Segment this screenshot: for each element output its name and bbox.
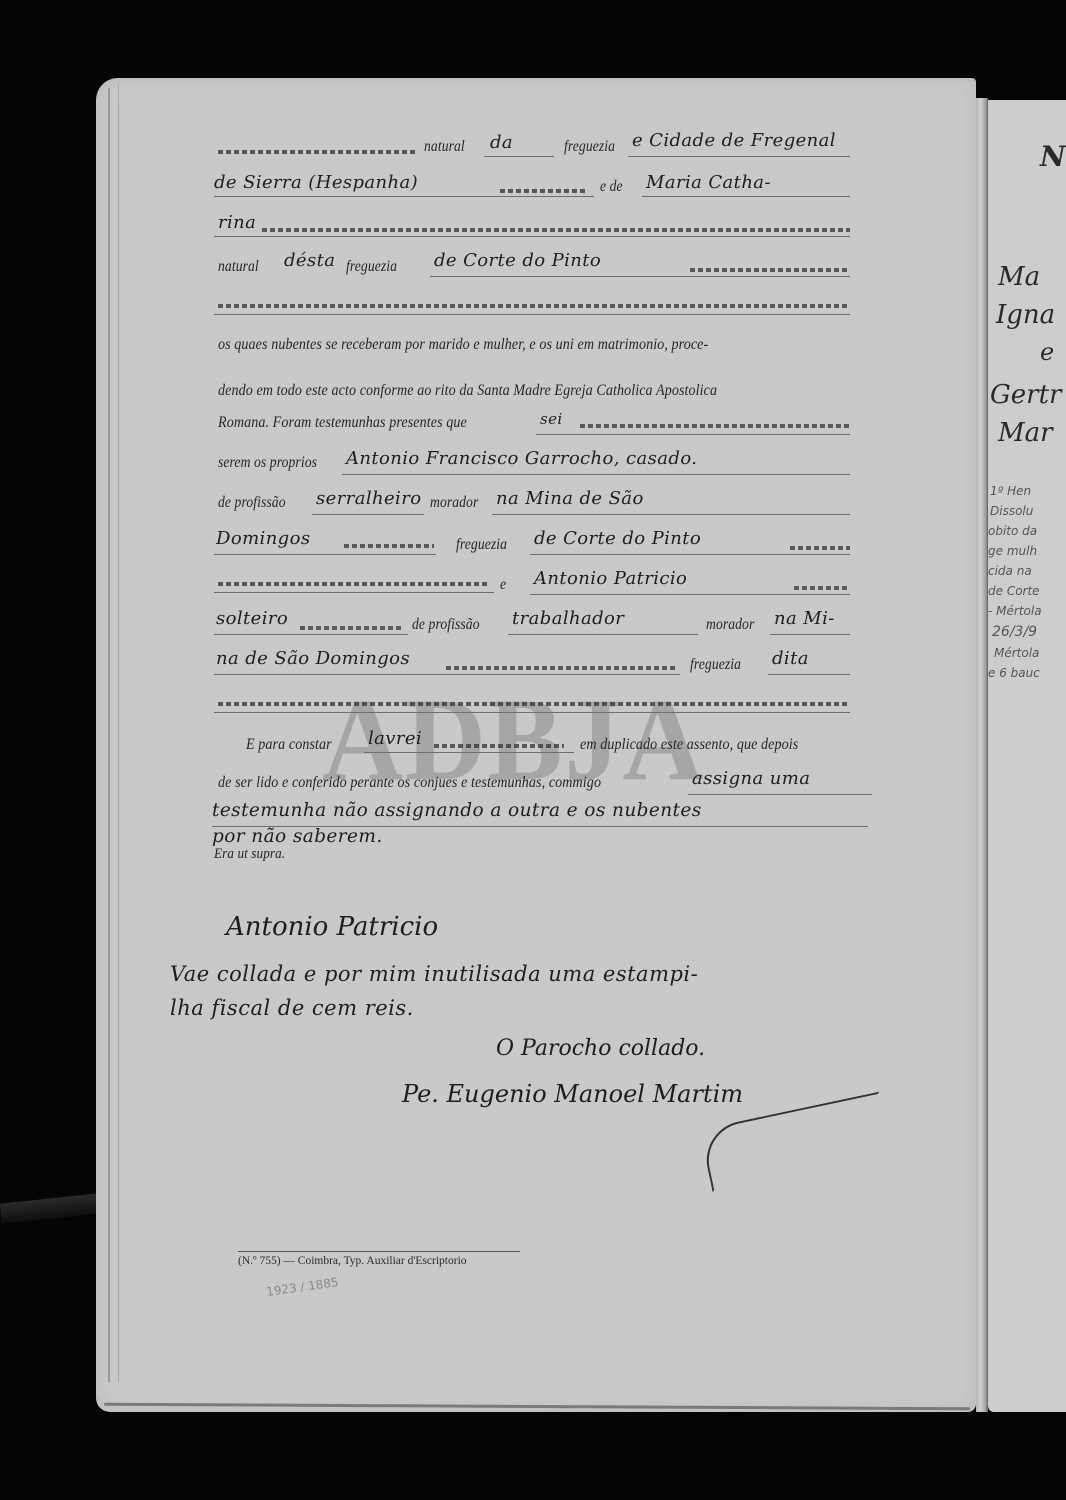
handwritten-field: testemunha não assignando a outra e os n… — [212, 800, 702, 821]
handwritten-field: por não saberem. — [212, 826, 383, 847]
right-page-name: Ma — [998, 262, 1040, 292]
margin-note: - Mértola — [988, 604, 1042, 618]
priest-signature: Pe. Eugenio Manoel Martim — [402, 1080, 743, 1108]
handwritten-field: rina — [218, 212, 256, 233]
handwritten-field: de Corte do Pinto — [534, 528, 701, 549]
right-page-name: Igna — [996, 300, 1055, 330]
handwritten-field: e Cidade de Fregenal — [632, 130, 836, 151]
printed-label: em duplicado este assento, que depois — [580, 736, 798, 754]
fill-line — [690, 268, 850, 272]
right-page-name: e — [1040, 338, 1054, 366]
rule — [214, 712, 850, 713]
margin-note: 1º Hen — [990, 484, 1031, 498]
handwritten-field: désta — [284, 250, 335, 271]
right-page-name: Gertr — [990, 380, 1061, 410]
fill-line — [218, 150, 418, 154]
right-page — [988, 100, 1066, 1412]
fill-line — [794, 586, 850, 590]
right-page-number-label: N. — [1040, 140, 1066, 173]
handwritten-field: Antonio Patricio — [534, 568, 687, 589]
rule — [214, 314, 850, 315]
fill-line — [218, 582, 490, 586]
rule — [628, 156, 850, 157]
fill-line — [434, 744, 564, 748]
margin-note: Mértola — [994, 646, 1039, 660]
fill-line — [446, 666, 676, 670]
printed-paragraph-line: os quaes nubentes se receberam por marid… — [218, 336, 708, 354]
witness-signature: Antonio Patricio — [226, 912, 438, 942]
handwritten-field: na de São Domingos — [216, 648, 410, 669]
rule — [530, 554, 850, 555]
printed-label: e — [500, 576, 506, 594]
fill-line — [262, 228, 850, 232]
handwritten-field: da — [490, 132, 513, 153]
rule — [530, 594, 850, 595]
fill-line — [218, 304, 850, 308]
printed-paragraph-line: Romana. Foram testemunhas presentes que — [218, 414, 467, 432]
priest-title: O Parocho collado. — [496, 1036, 705, 1061]
printed-label: freguezia — [456, 536, 507, 554]
printed-label: de profissão — [412, 616, 480, 634]
rule — [768, 674, 850, 675]
fiscal-stamp-note: Vae collada e por mim inutilisada uma es… — [170, 962, 698, 986]
fill-line — [580, 424, 850, 428]
handwritten-field: Maria Catha- — [646, 172, 771, 193]
handwritten-field: na Mina de São — [496, 488, 644, 509]
rule — [214, 554, 436, 555]
handwritten-field: sei — [540, 410, 563, 428]
page-bottom-edge — [104, 1403, 970, 1411]
rule — [214, 196, 594, 197]
printed-label: Era ut supra. — [214, 846, 285, 863]
rule — [770, 634, 850, 635]
rule — [214, 236, 850, 237]
printer-imprint: (N.º 755) — Coimbra, Typ. Auxiliar d'Esc… — [238, 1251, 520, 1267]
printed-label: freguezia — [564, 138, 615, 156]
fill-line — [500, 189, 588, 193]
handwritten-field: assigna uma — [692, 768, 810, 789]
handwritten-field: Antonio Francisco Garrocho, casado. — [346, 448, 697, 469]
rule — [642, 196, 850, 197]
rule — [364, 752, 574, 753]
book-gutter — [976, 98, 988, 1412]
rule — [536, 434, 850, 435]
handwritten-field: de Sierra (Hespanha) — [214, 172, 418, 193]
handwritten-field: solteiro — [216, 608, 288, 629]
printed-label: de profissão — [218, 494, 286, 512]
margin-note: Dissolu — [990, 504, 1033, 518]
rule — [508, 634, 698, 635]
printed-label: freguezia — [690, 656, 741, 674]
fill-line — [344, 544, 434, 548]
handwritten-field: serralheiro — [316, 488, 421, 509]
handwritten-field: de Corte do Pinto — [434, 250, 601, 271]
printed-label: de ser lido e conferido perante os conju… — [218, 774, 601, 792]
rule — [214, 674, 680, 675]
margin-note: obito da — [988, 524, 1037, 538]
handwritten-field: lavrei — [368, 728, 422, 749]
rule — [688, 794, 872, 795]
fiscal-stamp-note: lha fiscal de cem reis. — [170, 996, 414, 1020]
margin-note: 26/3/9 — [992, 624, 1037, 640]
printed-label: E para constar — [246, 736, 332, 754]
margin-note: de Corte — [988, 584, 1040, 598]
rule — [342, 474, 850, 475]
margin-note: ge mulh — [988, 544, 1037, 558]
handwritten-field: na Mi- — [774, 608, 835, 629]
fill-line — [790, 546, 850, 550]
page-fold-line — [108, 88, 110, 1382]
rule — [214, 592, 494, 593]
handwritten-field: Domingos — [216, 528, 310, 549]
printed-label: freguezia — [346, 258, 397, 276]
printed-label: serem os proprios — [218, 454, 317, 472]
margin-note: cida na — [988, 564, 1032, 578]
margin-note: e 6 bauc — [988, 666, 1040, 680]
page-fold-line — [118, 84, 119, 1382]
rule — [214, 634, 408, 635]
printed-label: natural — [424, 138, 465, 156]
handwritten-field: trabalhador — [512, 608, 624, 629]
rule — [492, 514, 850, 515]
fill-line — [218, 702, 850, 706]
rule — [484, 156, 554, 157]
printed-label: morador — [430, 494, 478, 512]
printed-label: natural — [218, 258, 259, 276]
printed-paragraph-line: dendo em todo este acto conforme ao rito… — [218, 382, 717, 400]
rule — [312, 514, 424, 515]
handwritten-field: dita — [772, 648, 809, 669]
fill-line — [300, 626, 404, 630]
rule — [430, 276, 850, 277]
right-page-name: Mar — [998, 418, 1053, 448]
printed-label: morador — [706, 616, 754, 634]
printed-label: e de — [600, 178, 623, 196]
